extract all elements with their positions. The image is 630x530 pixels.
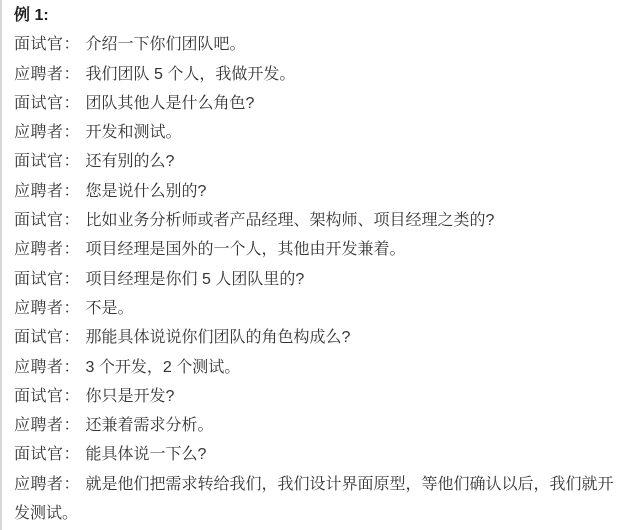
dialogue-line: 应聘者：我们团队 5 个人，我做开发。 <box>14 60 622 89</box>
utterance-text: 不是。 <box>86 300 134 317</box>
example-title: 例 1: <box>14 1 622 30</box>
speaker-label: 应聘者 <box>14 417 64 434</box>
utterance-text: 比如业务分析师或者产品经理、架构师、项目经理之类的? <box>86 212 495 229</box>
dialogue-line: 应聘者：不是。 <box>14 294 622 323</box>
speaker-colon: ： <box>64 124 80 141</box>
speaker-label: 面试官 <box>14 388 64 405</box>
speaker-label: 面试官 <box>14 329 64 346</box>
utterance-text: 3 个开发，2 个测试。 <box>86 359 241 376</box>
dialogue-line: 应聘者：就是他们把需求转给我们，我们设计界面原型，等他们确认以后，我们就开发测试… <box>14 470 622 529</box>
dialogue-line: 应聘者：还兼着需求分析。 <box>14 411 622 440</box>
utterance-text: 那能具体说说你们团队的角色构成么? <box>86 329 351 346</box>
dialogue-line: 应聘者：3 个开发，2 个测试。 <box>14 353 622 382</box>
speaker-label: 应聘者 <box>14 124 64 141</box>
utterance-text: 您是说什么别的? <box>86 183 207 200</box>
speaker-label: 面试官 <box>14 95 64 112</box>
speaker-label: 应聘者 <box>14 476 64 493</box>
utterance-text: 项目经理是你们 5 人团队里的? <box>86 271 305 288</box>
utterance-text: 我们团队 5 个人，我做开发。 <box>86 66 296 83</box>
utterance-text: 项目经理是国外的一个人，其他由开发兼着。 <box>86 241 406 258</box>
speaker-colon: ： <box>64 329 80 346</box>
utterance-text: 能具体说一下么? <box>86 446 207 463</box>
utterance-text: 还兼着需求分析。 <box>86 417 214 434</box>
speaker-colon: ： <box>64 271 80 288</box>
utterance-text: 团队其他人是什么角色? <box>86 95 255 112</box>
utterance-text: 就是他们把需求转给我们，我们设计界面原型，等他们确认以后，我们就开发测试。 <box>14 476 614 522</box>
dialogue-line: 面试官：团队其他人是什么角色? <box>14 89 622 118</box>
speaker-label: 面试官 <box>14 153 64 170</box>
dialogue-line: 应聘者：您是说什么别的? <box>14 177 622 206</box>
speaker-label: 面试官 <box>14 36 64 53</box>
speaker-colon: ： <box>64 36 80 53</box>
dialogue-line: 面试官：介绍一下你们团队吧。 <box>14 30 622 59</box>
speaker-colon: ： <box>64 95 80 112</box>
speaker-label: 应聘者 <box>14 66 64 83</box>
speaker-colon: ： <box>64 417 80 434</box>
dialogue-list: 面试官：介绍一下你们团队吧。 应聘者：我们团队 5 个人，我做开发。 面试官：团… <box>14 30 622 528</box>
speaker-label: 应聘者 <box>14 300 64 317</box>
speaker-colon: ： <box>64 153 80 170</box>
utterance-text: 开发和测试。 <box>86 124 182 141</box>
dialogue-line: 应聘者：开发和测试。 <box>14 118 622 147</box>
speaker-colon: ： <box>64 300 80 317</box>
dialogue-line: 面试官：还有别的么? <box>14 147 622 176</box>
speaker-label: 应聘者 <box>14 183 64 200</box>
speaker-colon: ： <box>64 388 80 405</box>
dialogue-line: 面试官：能具体说一下么? <box>14 440 622 469</box>
speaker-label: 应聘者 <box>14 359 64 376</box>
speaker-colon: ： <box>64 212 80 229</box>
speaker-label: 面试官 <box>14 212 64 229</box>
dialogue-line: 应聘者：项目经理是国外的一个人，其他由开发兼着。 <box>14 235 622 264</box>
speaker-colon: ： <box>64 241 80 258</box>
speaker-colon: ： <box>64 476 80 493</box>
speaker-label: 面试官 <box>14 271 64 288</box>
utterance-text: 还有别的么? <box>86 153 175 170</box>
speaker-colon: ： <box>64 359 80 376</box>
speaker-colon: ： <box>64 183 80 200</box>
utterance-text: 介绍一下你们团队吧。 <box>86 36 246 53</box>
utterance-text: 你只是开发? <box>86 388 175 405</box>
dialogue-line: 面试官：那能具体说说你们团队的角色构成么? <box>14 323 622 352</box>
speaker-colon: ： <box>64 446 80 463</box>
speaker-colon: ： <box>64 66 80 83</box>
speaker-label: 应聘者 <box>14 241 64 258</box>
dialogue-blockquote: 例 1: 面试官：介绍一下你们团队吧。 应聘者：我们团队 5 个人，我做开发。 … <box>0 0 630 530</box>
dialogue-line: 面试官：你只是开发? <box>14 382 622 411</box>
dialogue-line: 面试官：比如业务分析师或者产品经理、架构师、项目经理之类的? <box>14 206 622 235</box>
dialogue-line: 面试官：项目经理是你们 5 人团队里的? <box>14 265 622 294</box>
speaker-label: 面试官 <box>14 446 64 463</box>
